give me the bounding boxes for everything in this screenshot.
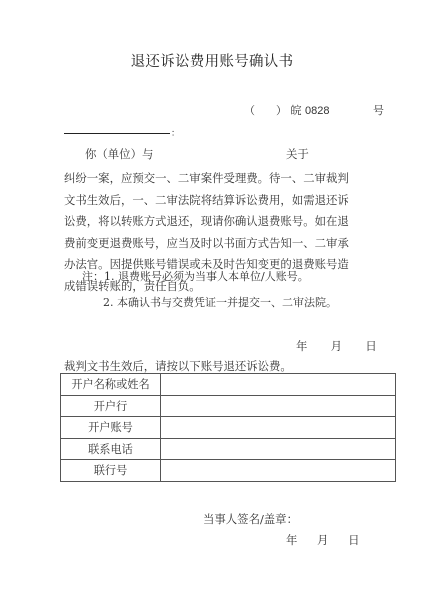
- notice-date: 年 月 日: [296, 338, 377, 354]
- case-number-prefix: 皖: [291, 104, 302, 117]
- table-row: 开户行: [61, 395, 396, 417]
- signature-date-day: 日: [348, 533, 359, 547]
- date-month: 月: [331, 339, 342, 353]
- document-title: 退还诉讼费用账号确认书: [0, 50, 424, 71]
- signature-label: 当事人签名/盖章：: [203, 511, 298, 527]
- intro-line: 你（单位）与 关于: [85, 146, 153, 162]
- bank-code-field[interactable]: [161, 460, 396, 482]
- row-label-account-number: 开户账号: [61, 417, 161, 439]
- bank-field[interactable]: [161, 395, 396, 417]
- table-row: 联行号: [61, 460, 396, 482]
- case-number: （ ） 皖 0828 号: [244, 102, 384, 118]
- note-2: 2. 本确认书与交费凭证一并提交一、二审法院。: [103, 294, 337, 310]
- signature-date-month: 月: [317, 533, 328, 547]
- addressee-blank-line: [64, 133, 170, 134]
- signature-date: 年 月 日: [286, 532, 375, 548]
- addressee-colon: ：: [171, 126, 180, 139]
- date-year: 年: [296, 339, 307, 353]
- table-row: 开户名称或姓名: [61, 374, 396, 396]
- table-intro: 裁判文书生效后，请按以下账号退还诉讼费。: [64, 358, 292, 374]
- phone-field[interactable]: [161, 438, 396, 460]
- intro-left: 你（单位）与: [85, 147, 153, 161]
- table-row: 开户账号: [61, 417, 396, 439]
- case-number-open-paren: （: [244, 104, 255, 117]
- intro-about: 关于: [286, 146, 309, 162]
- account-number-field[interactable]: [161, 417, 396, 439]
- date-day: 日: [365, 339, 376, 353]
- note-1: 注：1. 退费账号必须为当事人本单位/人账号。: [82, 268, 309, 284]
- account-info-table: 开户名称或姓名 开户行 开户账号 联系电话 联行号: [60, 373, 396, 482]
- row-label-phone: 联系电话: [61, 438, 161, 460]
- signature-date-year: 年: [286, 533, 297, 547]
- row-label-bank-code: 联行号: [61, 460, 161, 482]
- account-name-field[interactable]: [161, 374, 396, 396]
- row-label-account-name: 开户名称或姓名: [61, 374, 161, 396]
- table-row: 联系电话: [61, 438, 396, 460]
- case-number-value: 0828: [305, 105, 329, 117]
- row-label-bank: 开户行: [61, 395, 161, 417]
- case-number-suffix: 号: [373, 104, 384, 117]
- case-number-close-paren: ）: [276, 104, 287, 117]
